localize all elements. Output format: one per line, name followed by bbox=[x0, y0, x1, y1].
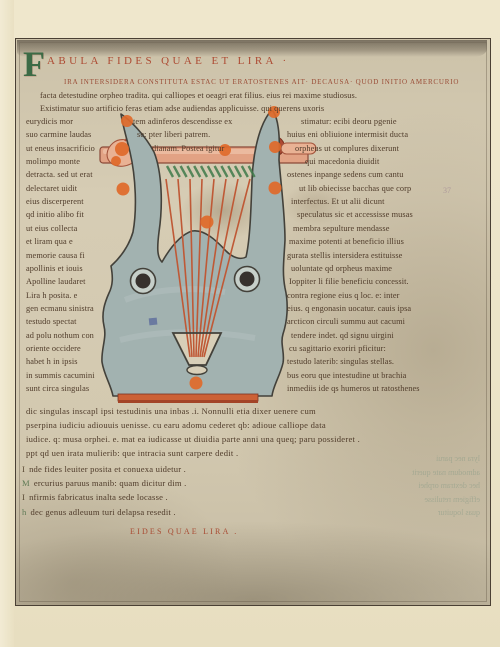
text-line: membra sepulture mendasse bbox=[293, 223, 390, 234]
text-line: eius discerperent bbox=[26, 196, 84, 207]
text-line: arcticon circuli summu aut cacumi bbox=[287, 316, 405, 327]
text-line: ut eneus insacrificio bbox=[26, 143, 95, 154]
bleedthrough-line: effigiem retulisse bbox=[350, 493, 480, 507]
text-line: orpheus ut complures dixerunt bbox=[295, 143, 399, 154]
text-line: memorie causa fi bbox=[26, 250, 85, 261]
text-line: gen ecmanu sinistra bbox=[26, 303, 94, 314]
text-line: Mercurius paruus manib: quam dicitur dim… bbox=[22, 478, 186, 489]
text-line: cu sagittario exoriri pficitur: bbox=[289, 343, 386, 354]
verse-text: nde fides leuiter posita et conuexa uide… bbox=[29, 464, 186, 474]
text-line: molimpo monte bbox=[26, 156, 80, 167]
verse-initial: h bbox=[22, 507, 27, 518]
manuscript-photo: F ABULA FIDES QUAE ET LIRA · IRA INTERSI… bbox=[0, 0, 500, 647]
incipit-caps-line: IRA INTERSIDERA CONSTITUTA ESTAC UT ERAT… bbox=[64, 77, 459, 88]
text-line: apollinis et iouis bbox=[26, 263, 83, 274]
verse-text: ercurius paruus manib: quam dicitur dim … bbox=[34, 478, 187, 488]
text-line: detracta. sed ut erat bbox=[26, 169, 93, 180]
text-line: testudo spectat bbox=[26, 316, 77, 327]
text-line: ostenes inpange sedens cum cantu bbox=[287, 169, 404, 180]
text-line: stimatur: ecibi deoru pgenie bbox=[301, 116, 397, 127]
rubric-initial: F bbox=[23, 46, 45, 82]
text-line: facta detestudine orpheo tradita. qui ca… bbox=[40, 90, 357, 101]
text-line: hdec genus adleuum turi delapsa resedit … bbox=[22, 507, 176, 518]
verse-initial: I bbox=[22, 492, 25, 503]
verse-initial: I bbox=[22, 464, 25, 475]
bleedthrough-line: hec dextram orphei bbox=[350, 479, 480, 493]
text-line: ad polu nothum con bbox=[26, 330, 94, 341]
text-line: qui macedonia diuidit bbox=[305, 156, 379, 167]
text-line: se: pter liberi patrem. bbox=[137, 129, 210, 140]
text-line: Existimatur suo artificio feras etiam ad… bbox=[40, 103, 324, 114]
text-line: tem adinferos descendisse ex bbox=[133, 116, 232, 127]
text-line: Inde fides leuiter posita et conuexa uid… bbox=[22, 464, 186, 475]
text-line: tendere indet. qd signu uirgini bbox=[291, 330, 394, 341]
text-line: dianam. Postea igitur bbox=[152, 143, 224, 154]
verse-text: dec genus adleuum turi delapsa resedit . bbox=[31, 507, 176, 517]
text-line: gurata stellis intersidera estituisse bbox=[287, 250, 402, 261]
text-line: interfectus. Et ut alii dicunt bbox=[291, 196, 385, 207]
text-line: huius eni obliuione intermisit ducta bbox=[287, 129, 408, 140]
text-line: dic singulas inscapl ipsi testudinis una… bbox=[26, 406, 316, 417]
text-line: qd initio alibo fit bbox=[26, 209, 84, 220]
text-line: delectaret uidit bbox=[26, 183, 77, 194]
text-line: inmediis ide qs humeros ut ratosthenes bbox=[287, 383, 420, 394]
text-line: testudo laterib: singulas stellas. bbox=[287, 356, 394, 367]
parchment-leaf bbox=[15, 38, 491, 606]
text-line: eius. q engonasin uocatur. cauis ipsa bbox=[287, 303, 411, 314]
text-line: Infirmis fabricatus inalta sede locasse … bbox=[22, 492, 168, 503]
margin-note: 37 bbox=[443, 186, 451, 195]
explicit-caption: EIDES QUAE LIRA . bbox=[130, 527, 239, 536]
text-line: ppt qd uen irata mulierib: que intracia … bbox=[26, 448, 238, 459]
text-line: suo carmine laudas bbox=[26, 129, 91, 140]
bleedthrough-line: lyra nec parui bbox=[350, 452, 480, 466]
rubric-title: ABULA FIDES QUAE ET LIRA · bbox=[47, 55, 290, 67]
verse-text: nfirmis fabricatus inalta sede locasse . bbox=[29, 492, 168, 502]
text-line: Apolline laudaret bbox=[26, 276, 86, 287]
text-line: oriente occidere bbox=[26, 343, 81, 354]
verse-initial: M bbox=[22, 478, 30, 489]
bleedthrough-text: lyra nec paruiadmodum nate querithec dex… bbox=[350, 452, 480, 520]
text-line: ut lib obiecisse bacchas que corp bbox=[299, 183, 411, 194]
text-line: eurydicis mor bbox=[26, 116, 73, 127]
text-line: habet h in ipsis bbox=[26, 356, 78, 367]
text-line: ut eius collecta bbox=[26, 223, 77, 234]
text-line: et liram qua e bbox=[26, 236, 73, 247]
text-line: Ioppiter li filie beneficiu concessit. bbox=[289, 276, 409, 287]
text-line: pserpina iudiciu adiouuis uenisse. cu ea… bbox=[26, 420, 326, 431]
text-line: maxime potenti at beneficio illius bbox=[289, 236, 404, 247]
text-line: sunt circa singulas bbox=[26, 383, 89, 394]
text-line: uoluntate qd orpheus maxime bbox=[291, 263, 392, 274]
text-line: bus eoru que intestudine ut brachia bbox=[287, 370, 406, 381]
text-line: speculatus sic et accessisse musas bbox=[297, 209, 413, 220]
text-line: Lira h posita. e bbox=[26, 290, 77, 301]
text-line: in summis cacumini bbox=[26, 370, 95, 381]
text-line: contra regione eius q loc. e: inter bbox=[287, 290, 399, 301]
bleedthrough-line: quas loquitur bbox=[350, 506, 480, 520]
bleedthrough-line: admodum nate querit bbox=[350, 466, 480, 480]
text-line: iudice. q: musa orphei. e. mat ea iudica… bbox=[26, 434, 360, 445]
